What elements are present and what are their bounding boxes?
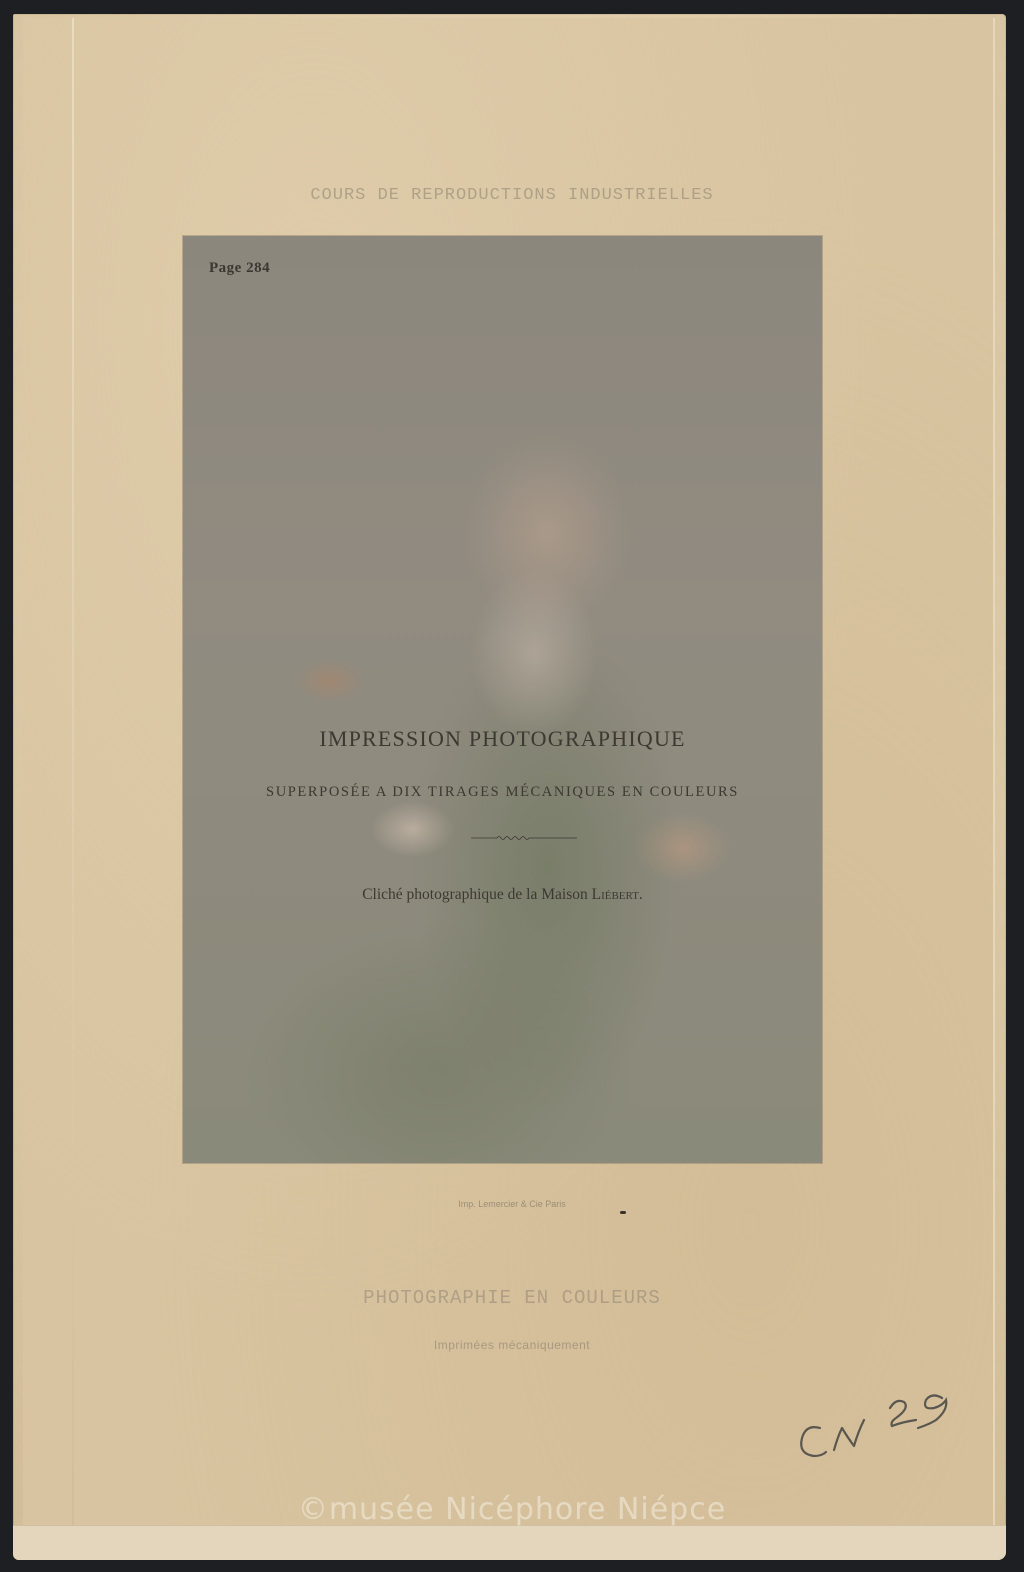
photographic-plate: Page 284 IMPRESSION PHOTOGRAPHIQUE SUPER… xyxy=(183,236,822,1163)
show-through-header: COURS DE REPRODUCTIONS INDUSTRIELLES xyxy=(0,186,1024,205)
show-through-title: PHOTOGRAPHIE EN COULEURS xyxy=(0,1287,1024,1309)
paper-bottom-margin xyxy=(13,1525,1006,1560)
page-number: Page 284 xyxy=(209,260,270,277)
ornamental-rule-icon xyxy=(471,834,577,842)
ink-speck xyxy=(620,1211,626,1214)
credit-prefix: Cliché photographique de la Maison xyxy=(362,886,588,903)
handwritten-catalog-number-icon: CN 29 xyxy=(790,1378,960,1458)
printer-imprint: Imp. Lemercier & Cie Paris xyxy=(0,1199,1024,1209)
museum-watermark: ©musée Nicéphore Niépce xyxy=(0,1492,1024,1527)
plate-title: IMPRESSION PHOTOGRAPHIQUE xyxy=(183,726,822,752)
plate-subtitle: SUPERPOSÉE A DIX TIRAGES MÉCANIQUES EN C… xyxy=(183,784,822,801)
scanned-document: COURS DE REPRODUCTIONS INDUSTRIELLES Pag… xyxy=(0,0,1024,1572)
credit-name: Liébert. xyxy=(592,886,643,903)
show-through-subtitle: Imprimées mécaniquement xyxy=(0,1338,1024,1352)
photo-credit: Cliché photographique de la Maison Liébe… xyxy=(183,886,822,904)
